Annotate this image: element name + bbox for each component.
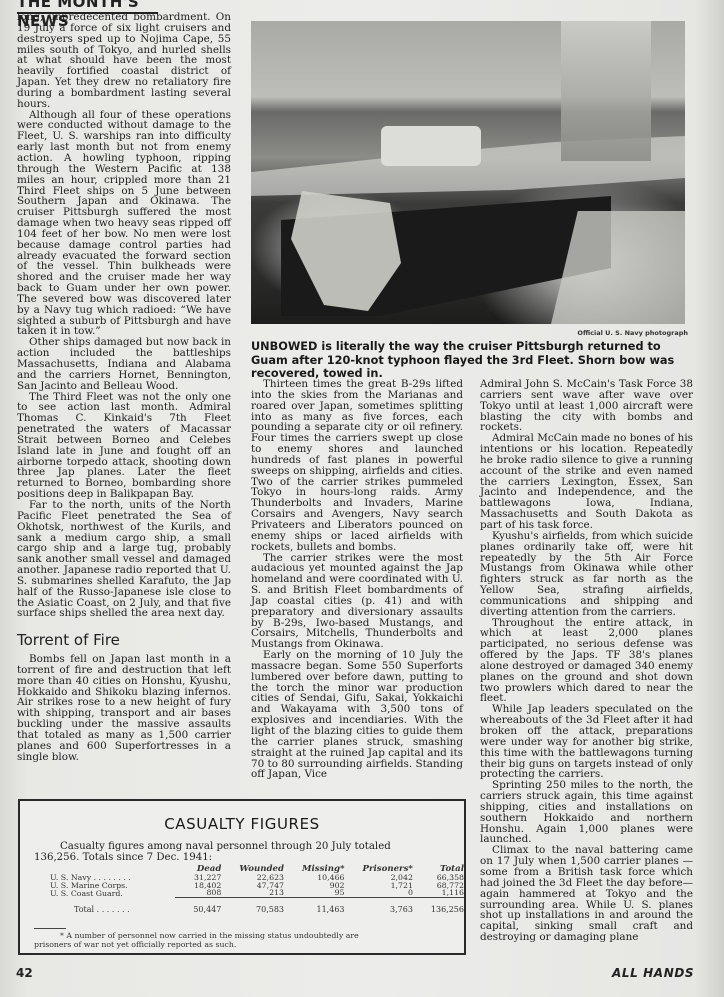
table-total-row: Total . . . . . . . 50,447 70,583 11,463…: [50, 898, 464, 914]
page-number: 42: [16, 966, 33, 980]
paragraph: Admiral John S. McCain's Task Force 38 c…: [480, 379, 693, 433]
paragraph: While Jap leaders speculated on the wher…: [480, 704, 693, 780]
box-intro: Casualty figures among naval personnel t…: [34, 842, 448, 863]
paragraph: Throughout the entire attack, in which a…: [480, 618, 693, 705]
photo-credit: Official U. S. Navy photograph: [560, 329, 688, 337]
magazine-page: THE MONTH'S NEWS long, unpredecented bom…: [0, 0, 724, 997]
paragraph: Far to the north, units of the North Pac…: [17, 500, 231, 619]
column-2: Thirteen times the great B-29s lifted in…: [251, 379, 463, 780]
paragraph: long, unpredecented bombardment. On 19 J…: [17, 12, 231, 110]
paragraph: Kyushu's airfields, from which suicide p…: [480, 531, 693, 618]
column-3: Admiral John S. McCain's Task Force 38 c…: [480, 379, 693, 943]
paragraph: Admiral McCain made no bones of his inte…: [480, 433, 693, 531]
paragraph: Other ships damaged but now back in acti…: [17, 337, 231, 391]
photo-caption: UNBOWED is literally the way the cruiser…: [251, 340, 691, 381]
paragraph: Climax to the naval battering came on 17…: [480, 845, 693, 943]
magazine-name: ALL HANDS: [612, 966, 694, 980]
paragraph: Bombs fell on Japan last month in a torr…: [17, 654, 231, 762]
casualty-figures-box: CASUALTY FIGURES Casualty figures among …: [18, 799, 466, 955]
paragraph: Early on the morning of 10 July the mass…: [251, 650, 463, 780]
column-1: long, unpredecented bombardment. On 19 J…: [17, 12, 231, 763]
box-title: CASUALTY FIGURES: [20, 815, 464, 833]
footnote-divider: [34, 928, 66, 929]
subheading: Torrent of Fire: [17, 635, 231, 646]
cruiser-pittsburgh-photo: [251, 21, 685, 324]
paragraph: Sprinting 250 miles to the north, the ca…: [480, 780, 693, 845]
paragraph: Thirteen times the great B-29s lifted in…: [251, 379, 463, 553]
paragraph: Although all four of these operations we…: [17, 110, 231, 338]
table-row: U. S. Coast Guard. 808 213 95 0 1,116: [50, 889, 464, 897]
paragraph: The carrier strikes were the most audaci…: [251, 553, 463, 651]
paragraph: The Third Fleet was not the only one to …: [17, 392, 231, 500]
casualty-table: Dead Wounded Missing* Prisoners* Total U…: [50, 866, 464, 914]
footnote: * A number of personnel now carried in t…: [34, 932, 448, 949]
